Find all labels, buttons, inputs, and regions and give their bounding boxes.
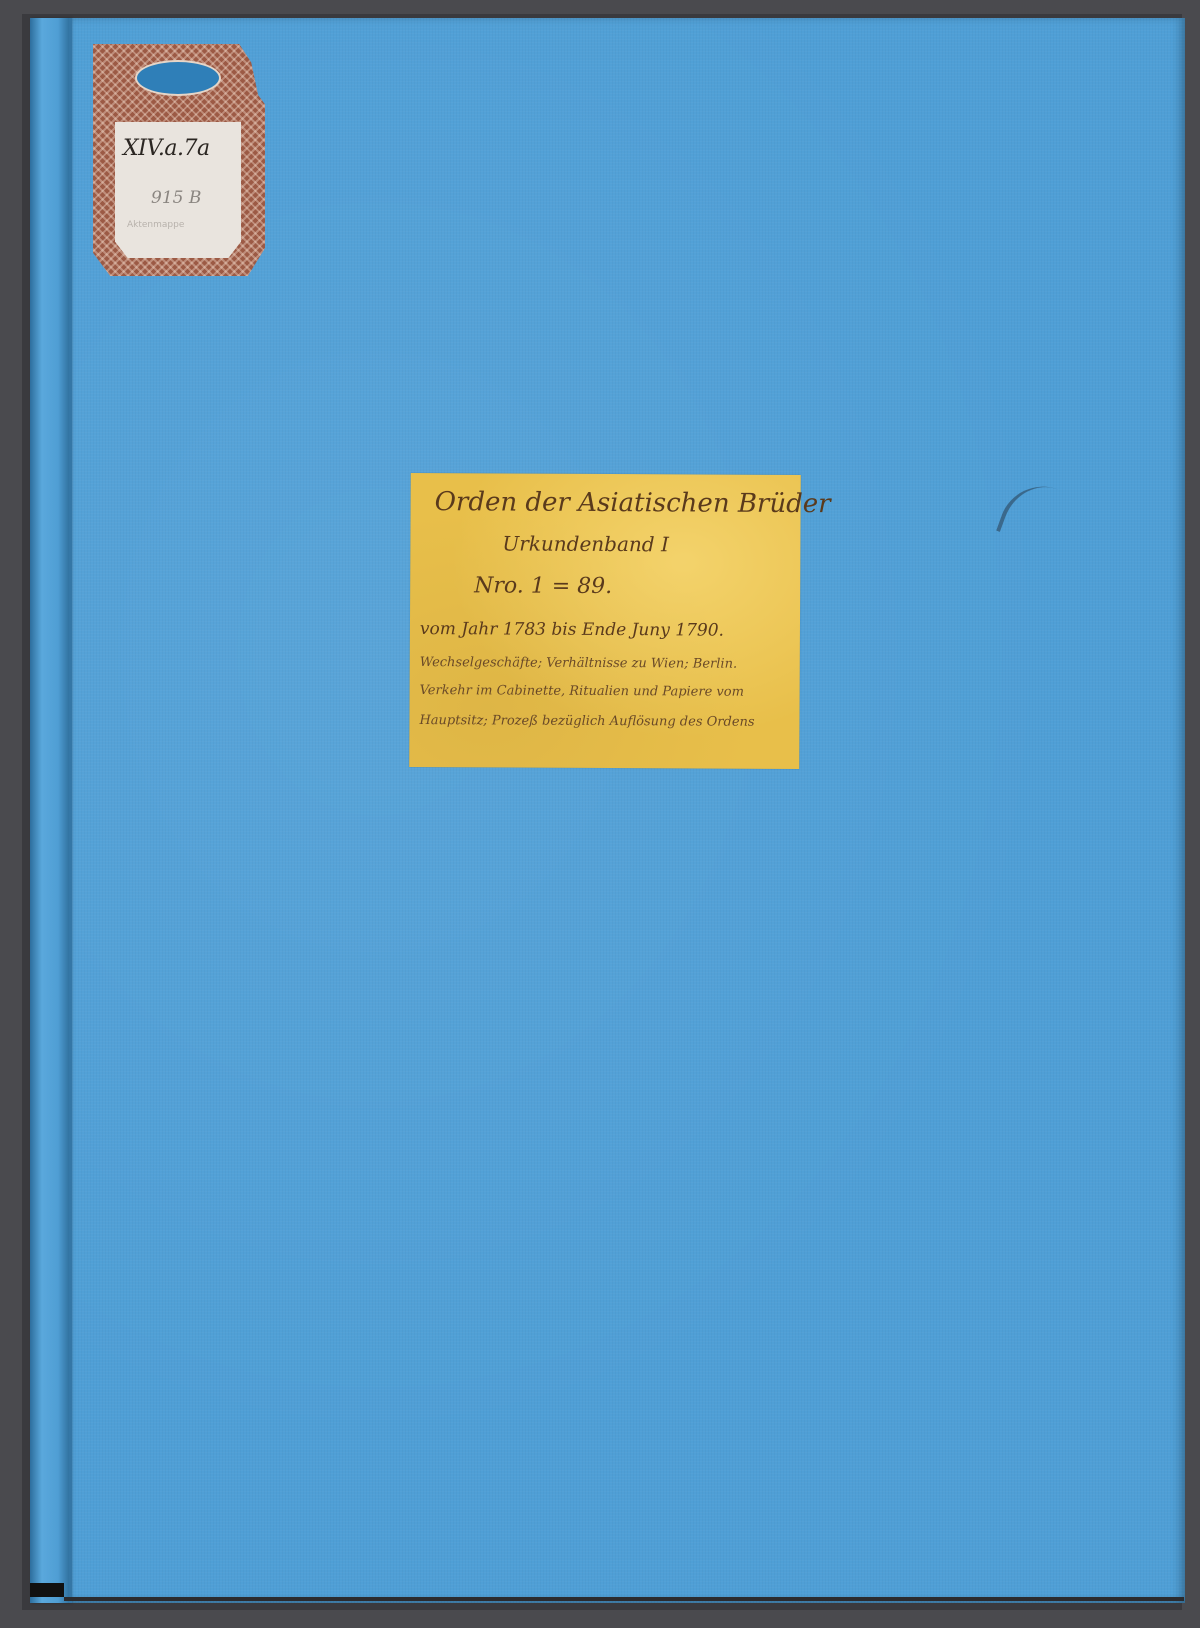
shelf-mark-text: XIV.a.7a bbox=[123, 136, 235, 161]
spine-hinge bbox=[69, 18, 72, 1603]
bottom-edge bbox=[64, 1597, 1184, 1601]
title-line-5: Wechselgeschäfte; Verhältnisse zu Wien; … bbox=[420, 655, 737, 672]
shelf-label-inner: XIV.a.7a 915 B Aktenmappe bbox=[115, 122, 241, 258]
title-line-4: vom Jahr 1783 bis Ende Juny 1790. bbox=[420, 619, 724, 641]
title-line-6: Verkehr im Cabinette, Ritualien und Papi… bbox=[420, 683, 744, 700]
book-spine bbox=[30, 18, 70, 1603]
shelf-mark-label: XIV.a.7a 915 B Aktenmappe bbox=[93, 44, 265, 276]
shelf-faded-text: Aktenmappe bbox=[127, 220, 227, 230]
title-line-7: Hauptsitz; Prozeß bezüglich Auflösung de… bbox=[419, 713, 754, 730]
corner-block bbox=[30, 1583, 64, 1597]
title-line-3: Nro. 1 = 89. bbox=[474, 573, 612, 599]
title-line-1: Orden der Asiatischen Brüder bbox=[435, 487, 831, 519]
shelf-number-text: 915 B bbox=[151, 188, 201, 208]
label-oval-window bbox=[135, 60, 221, 96]
title-label: Orden der Asiatischen Brüder Urkundenban… bbox=[409, 473, 801, 769]
title-line-2: Urkundenband I bbox=[502, 531, 669, 556]
